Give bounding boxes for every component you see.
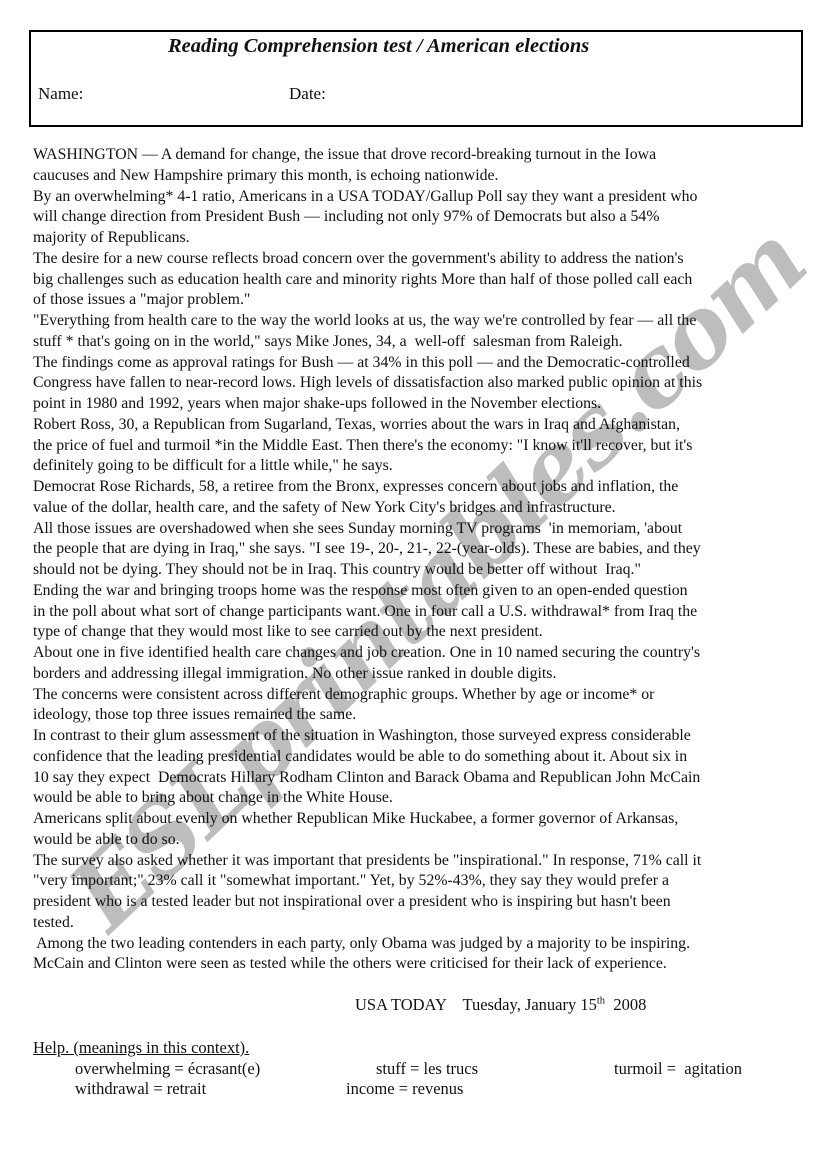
article-line: confidence that the leading presidential… <box>33 747 805 768</box>
article-line: type of change that they would most like… <box>33 622 805 643</box>
article-line: "very important;" 23% call it "somewhat … <box>33 871 805 892</box>
article-line: the price of fuel and turmoil *in the Mi… <box>33 436 805 457</box>
date-label: Date: <box>289 84 326 104</box>
article-line: ideology, those top three issues remaine… <box>33 705 805 726</box>
article-line: Congress have fallen to near-record lows… <box>33 373 805 394</box>
help-item-overwhelming: overwhelming = écrasant(e) <box>75 1059 260 1079</box>
article-line: caucuses and New Hampshire primary this … <box>33 166 805 187</box>
article-line: stuff * that's going on in the world," s… <box>33 332 805 353</box>
article-line: would be able to do so. <box>33 830 805 851</box>
source-prefix: USA TODAY Tuesday, January 15 <box>355 995 597 1014</box>
help-item-withdrawal: withdrawal = retrait <box>75 1079 206 1099</box>
article-line: Among the two leading contenders in each… <box>33 934 805 955</box>
article-line: the people that are dying in Iraq," she … <box>33 539 805 560</box>
article-line: borders and addressing illegal immigrati… <box>33 664 805 685</box>
article-line: should not be dying. They should not be … <box>33 560 805 581</box>
article-line: The survey also asked whether it was imp… <box>33 851 805 872</box>
article-line: big challenges such as education health … <box>33 270 805 291</box>
help-item-turmoil: turmoil = agitation <box>614 1059 742 1079</box>
article-line: Robert Ross, 30, a Republican from Sugar… <box>33 415 805 436</box>
article-line: will change direction from President Bus… <box>33 207 805 228</box>
worksheet-page: ESLprintables.com Reading Comprehension … <box>0 0 821 1169</box>
date-ordinal-superscript: th <box>597 996 605 1007</box>
article-line: The desire for a new course reflects bro… <box>33 249 805 270</box>
article-line: Ending the war and bringing troops home … <box>33 581 805 602</box>
article-line: By an overwhelming* 4-1 ratio, Americans… <box>33 187 805 208</box>
worksheet-content: Reading Comprehension test / American el… <box>0 0 821 1169</box>
article-line: president who is a tested leader but not… <box>33 892 805 913</box>
article-line: The findings come as approval ratings fo… <box>33 353 805 374</box>
article-line: Americans split about evenly on whether … <box>33 809 805 830</box>
header-box: Reading Comprehension test / American el… <box>29 30 803 127</box>
help-item-stuff: stuff = les trucs <box>376 1059 478 1079</box>
worksheet-title: Reading Comprehension test / American el… <box>168 35 589 58</box>
article-text: WASHINGTON — A demand for change, the is… <box>33 145 805 975</box>
article-line: would be able to bring about change in t… <box>33 788 805 809</box>
article-line: Democrat Rose Richards, 58, a retiree fr… <box>33 477 805 498</box>
source-attribution: USA TODAY Tuesday, January 15th 2008 <box>355 995 646 1015</box>
article-line: "Everything from health care to the way … <box>33 311 805 332</box>
article-line: in the poll about what sort of change pa… <box>33 602 805 623</box>
article-line: majority of Republicans. <box>33 228 805 249</box>
help-heading: Help. (meanings in this context). <box>33 1038 249 1058</box>
article-line: The concerns were consistent across diff… <box>33 685 805 706</box>
article-line: All those issues are overshadowed when s… <box>33 519 805 540</box>
source-year: 2008 <box>605 995 646 1014</box>
article-line: 10 say they expect Democrats Hillary Rod… <box>33 768 805 789</box>
article-line: About one in five identified health care… <box>33 643 805 664</box>
help-item-income: income = revenus <box>346 1079 463 1099</box>
article-line: WASHINGTON — A demand for change, the is… <box>33 145 805 166</box>
article-line: In contrast to their glum assessment of … <box>33 726 805 747</box>
article-line: definitely going to be difficult for a l… <box>33 456 805 477</box>
article-line: value of the dollar, health care, and th… <box>33 498 805 519</box>
article-line: McCain and Clinton were seen as tested w… <box>33 954 805 975</box>
name-label: Name: <box>38 84 83 104</box>
article-line: tested. <box>33 913 805 934</box>
article-line: of those issues a "major problem." <box>33 290 805 311</box>
article-line: point in 1980 and 1992, years when major… <box>33 394 805 415</box>
